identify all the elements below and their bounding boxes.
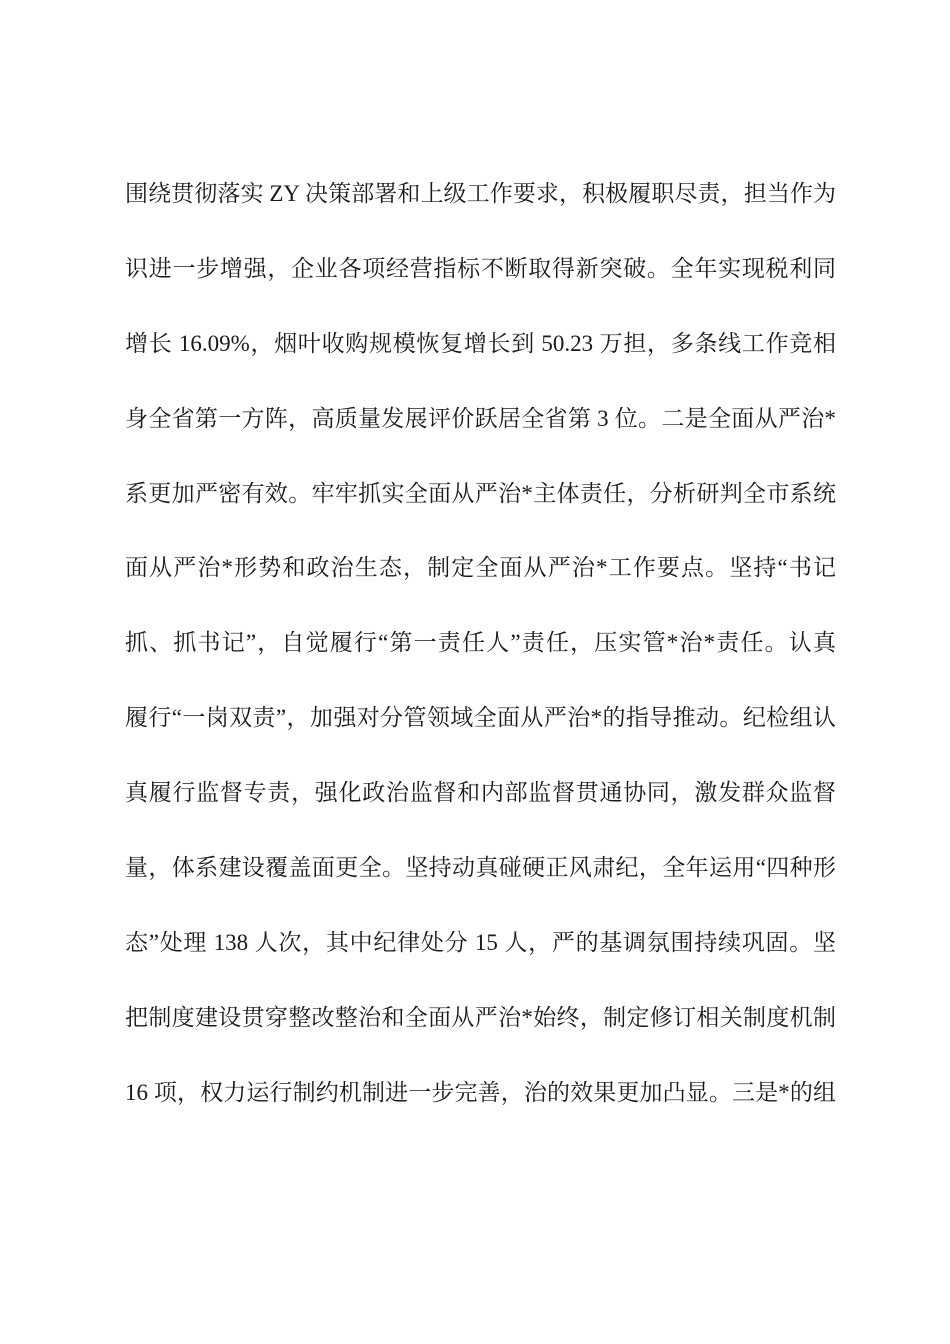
text-line: 身全省第一方阵，高质量发展评价跃居全省第 3 位。二是全面从严治*体	[125, 382, 836, 457]
document-page: 围绕贯彻落实 ZY 决策部署和上级工作要求，积极履职尽责，担当作为意 识进一步增…	[0, 0, 950, 1344]
text-line: 系更加严密有效。牢牢抓实全面从严治*主体责任，分析研判全市系统全	[125, 457, 836, 532]
text-line: 真履行监督专责，强化政治监督和内部监督贯通协同，激发群众监督力	[125, 756, 836, 831]
text-line: 围绕贯彻落实 ZY 决策部署和上级工作要求，积极履职尽责，担当作为意	[125, 157, 836, 232]
text-line: 把制度建设贯穿整改整治和全面从严治*始终，制定修订相关制度机制	[125, 981, 836, 1056]
text-line: 识进一步增强，企业各项经营指标不断取得新突破。全年实现税利同比	[125, 232, 836, 307]
paragraph: 围绕贯彻落实 ZY 决策部署和上级工作要求，积极履职尽责，担当作为意 识进一步增…	[125, 157, 836, 1131]
text-line: 量，体系建设覆盖面更全。坚持动真碰硬正风肃纪，全年运用“四种形	[125, 831, 836, 906]
text-line: 态”处理 138 人次，其中纪律处分 15 人，严的基调氛围持续巩固。坚持	[125, 906, 836, 981]
text-line: 增长 16.09%，烟叶收购规模恢复增长到 50.23 万担，多条线工作竞相跻	[125, 307, 836, 382]
text-line: 履行“一岗双责”，加强对分管领域全面从严治*的指导推动。纪检组认	[125, 681, 836, 756]
text-line: 16 项，权力运行制约机制进一步完善，治的效果更加凸显。三是*的组	[125, 1056, 836, 1131]
text-line: 面从严治*形势和政治生态，制定全面从严治*工作要点。坚持“书记	[125, 531, 836, 606]
text-line: 抓、抓书记”，自觉履行“第一责任人”责任，压实管*治*责任。认真	[125, 606, 836, 681]
